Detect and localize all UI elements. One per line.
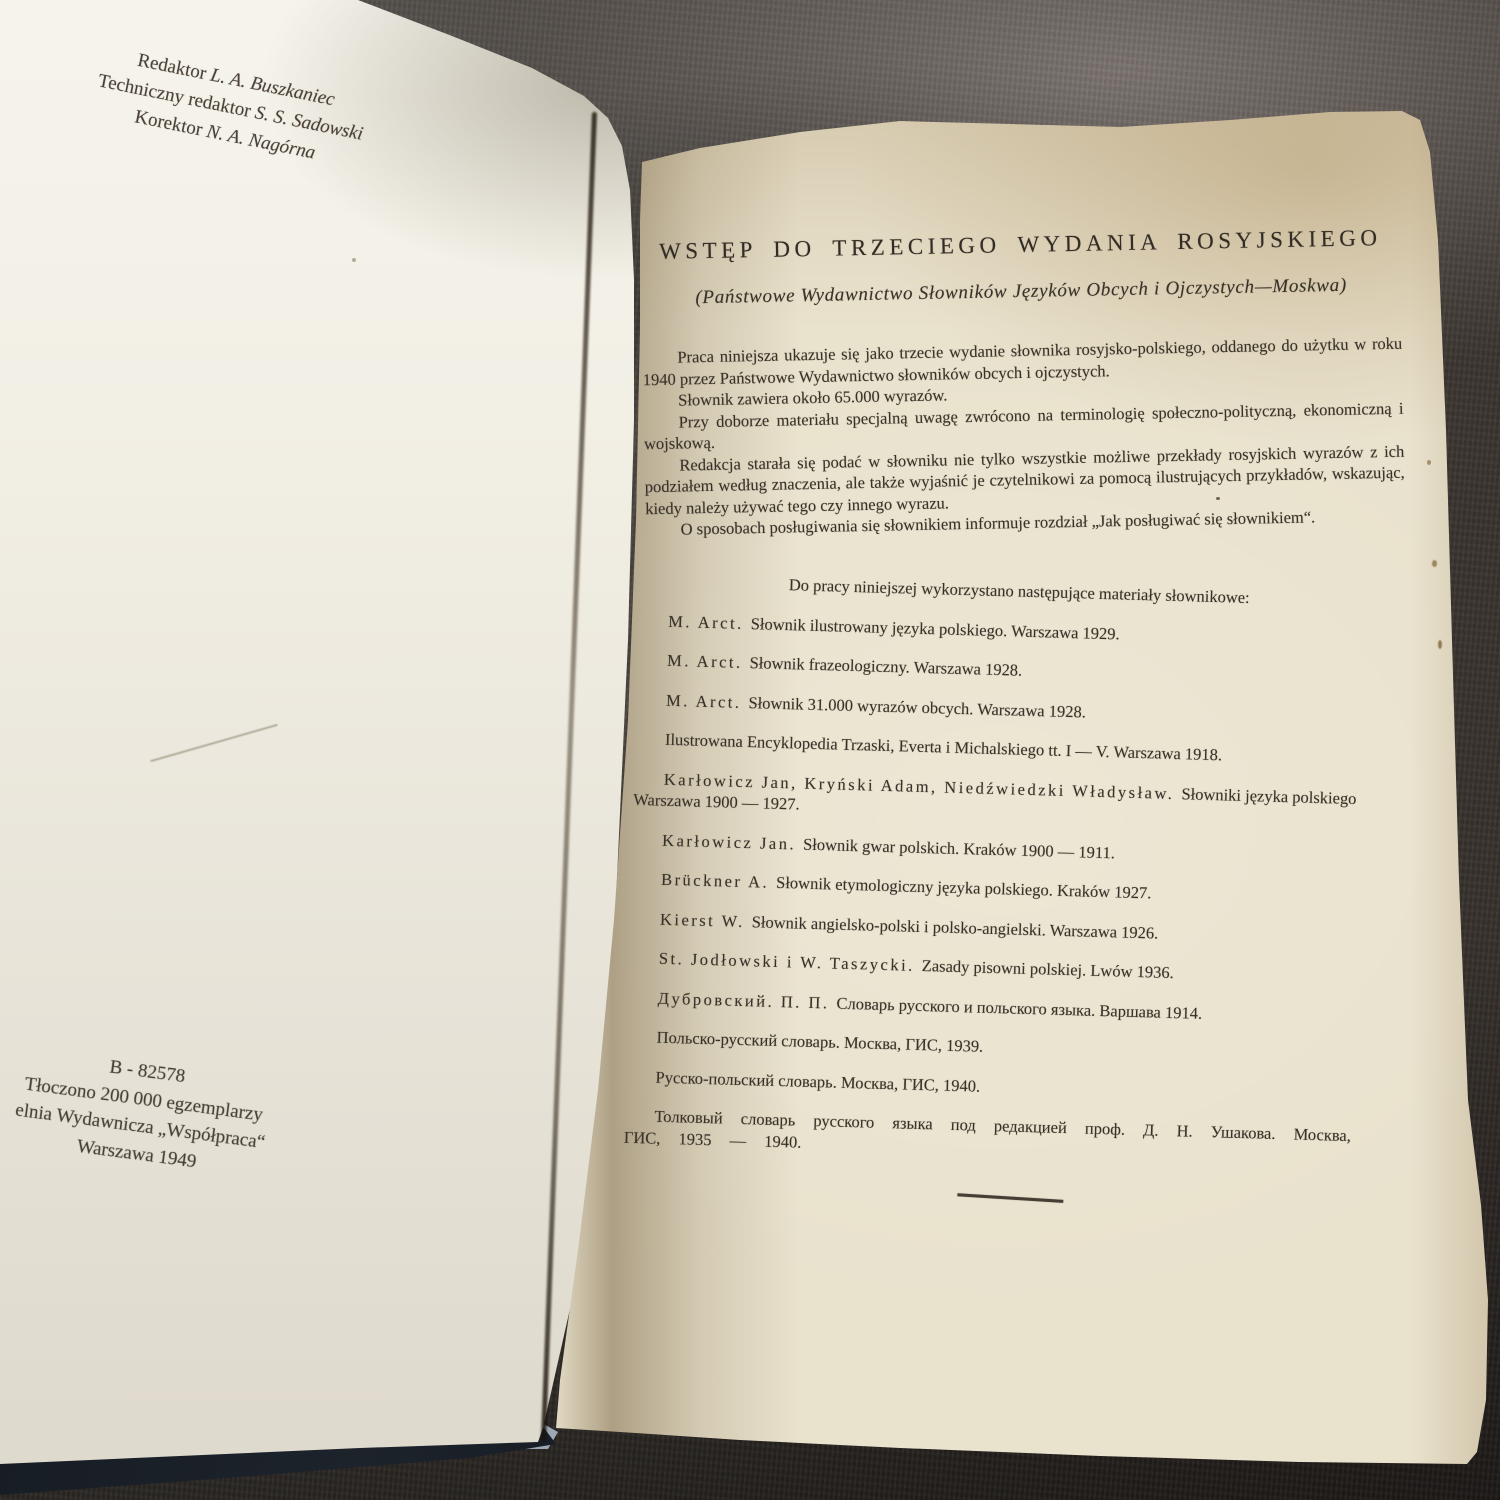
source-entry: St. Jodłowski i W. Taszycki.Zasady pisow… <box>629 947 1389 990</box>
source-entry: Ilustrowana Encyklopedia Trzaski, Everta… <box>635 728 1395 771</box>
source-entry: M. Arct.Słownik ilustrowany języka polsk… <box>638 609 1398 652</box>
source-entry: Толковый словарь русского языка под реда… <box>624 1105 1385 1169</box>
source-text: Słownik frazeologiczny. Warszawa 1928. <box>749 653 1022 680</box>
section-divider-rule <box>957 1193 1063 1203</box>
source-text: Słownik etymologiczny języka polskiego. … <box>776 873 1152 902</box>
source-text: Русско-польский словарь. Москва, ГИС, 19… <box>655 1067 980 1095</box>
paper-speck <box>1216 497 1220 500</box>
source-author: St. Jodłowski i W. Taszycki. <box>659 949 915 975</box>
source-text: Słownik ilustrowany języka polskiego. Wa… <box>750 614 1119 643</box>
source-entry: M. Arct.Słownik frazeologiczny. Warszawa… <box>637 649 1397 692</box>
photo-open-book: Redaktor L. A. Buszkaniec Techniczny red… <box>0 0 1500 1500</box>
source-text: Толковый словарь русского языка под реда… <box>624 1107 1352 1152</box>
sources-list-block: Do pracy niniejszej wykorzystano następu… <box>622 560 1399 1210</box>
page-edge-foxing <box>1432 560 1437 567</box>
sources-intro-line: Do pracy niniejszej wykorzystano następu… <box>639 570 1399 613</box>
source-author: M. Arct. <box>667 651 743 672</box>
chapter-title: WSTĘP DO TRZECIEGO WYDANIA ROSYJSKIEGO <box>640 225 1400 266</box>
page-edge-foxing <box>1427 460 1431 465</box>
source-entry: Karłowicz Jan, Kryński Adam, Niedźwiedzk… <box>633 767 1394 831</box>
source-entry: Brückner A.Słownik etymologiczny języka … <box>631 868 1391 911</box>
source-entry: Kierst W.Słownik angielsko-polski i pols… <box>630 907 1390 950</box>
source-entry: M. Arct.Słownik 31.000 wyrazów obcych. W… <box>636 688 1396 731</box>
source-text: Słownik angielsko-polski i polsko-angiel… <box>752 912 1159 942</box>
chapter-subtitle: (Państwowe Wydawnictwo Słowników Języków… <box>641 273 1401 312</box>
source-author: M. Arct. <box>666 690 742 711</box>
intro-paragraphs: Praca niniejsza ukazuje się jako trzecie… <box>642 333 1406 541</box>
source-author: Дубровский. П. П. <box>658 988 830 1012</box>
source-text: Ilustrowana Encyklopedia Trzaski, Everta… <box>665 730 1223 765</box>
source-author: M. Arct. <box>668 611 744 632</box>
source-text: Польско-русский словарь. Москва, ГИС, 19… <box>656 1028 983 1056</box>
source-author: Kierst W. <box>660 909 745 930</box>
source-entry: Karłowicz Jan.Słownik gwar polskich. Kra… <box>632 828 1392 871</box>
source-text: Słownik gwar polskich. Kraków 1900 — 191… <box>803 834 1115 862</box>
source-text: Zasady pisowni polskiej. Lwów 1936. <box>922 956 1174 982</box>
source-author: Karłowicz Jan. <box>662 830 796 853</box>
page-edge-foxing <box>1438 640 1442 649</box>
source-entry: Русско-польский словарь. Москва, ГИС, 19… <box>625 1065 1385 1108</box>
paper-speck <box>352 258 356 262</box>
source-entry: Дубровский. П. П.Словарь русского и поль… <box>627 986 1387 1029</box>
source-text: Словарь русского и польского языка. Варш… <box>836 993 1202 1022</box>
source-author: Brückner A. <box>661 870 770 892</box>
paper-crease <box>150 724 277 762</box>
chapter-header-and-intro: WSTĘP DO TRZECIEGO WYDANIA ROSYJSKIEGO (… <box>640 225 1406 541</box>
source-text: Słownik 31.000 wyrazów obcych. Warszawa … <box>748 693 1086 721</box>
imprint-block: B - 82578 Tłoczono 200 000 egzemplarzy e… <box>0 1030 367 1196</box>
colophon-block: Redaktor L. A. Buszkaniec Techniczny red… <box>53 32 408 183</box>
source-entry: Польско-русский словарь. Москва, ГИС, 19… <box>626 1026 1386 1069</box>
